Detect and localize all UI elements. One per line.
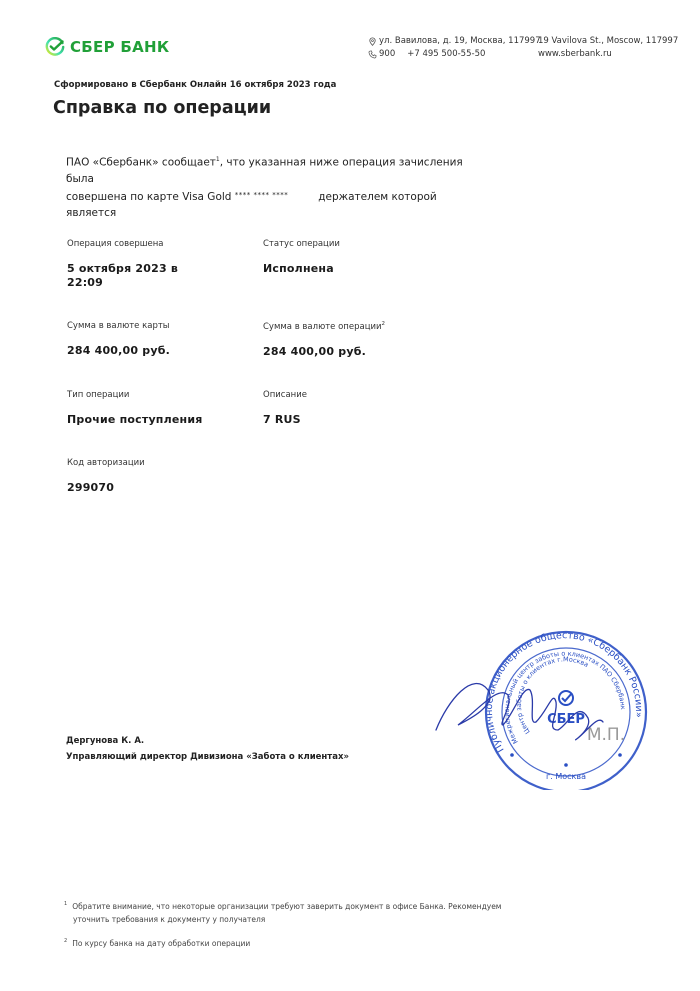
field-label: Сумма в валюте операции2 (263, 321, 385, 332)
field-operation-date: Операция совершена 5 октября 2023 в 22:0… (67, 239, 178, 290)
field-value: 5 октября 2023 в 22:09 (67, 262, 178, 290)
intro-part1: ПАО «Сбербанк» сообщает (66, 157, 216, 169)
website-link[interactable]: www.sberbank.ru (538, 48, 612, 61)
svg-text:г. Москва: г. Москва (546, 772, 586, 781)
footnote-1: 1Обратите внимание, что некоторые органи… (64, 898, 501, 926)
location-pin-icon (368, 37, 377, 46)
contacts-en: 19 Vavilova St., Moscow, 117997 www.sber… (538, 35, 678, 61)
field-op-amount: Сумма в валюте операции2 284 400,00 руб. (263, 321, 385, 359)
field-op-type: Тип операции Прочие поступления (67, 390, 203, 427)
footnote-2: 2По курсу банка на дату обработки операц… (64, 935, 250, 950)
signer-name: Дергунова К. А. (66, 733, 349, 749)
phone-short[interactable]: 900 (379, 48, 395, 61)
signer-block: Дергунова К. А. Управляющий директор Див… (66, 733, 349, 765)
logo-text: СБЕР БАНК (70, 38, 169, 56)
field-label: Тип операции (67, 390, 203, 400)
field-value: 299070 (67, 481, 145, 495)
field-value: 7 RUS (263, 413, 307, 427)
intro-part3: совершена по карте Visa Gold (66, 191, 231, 203)
field-label: Операция совершена (67, 239, 178, 249)
field-label: Код авторизации (67, 458, 145, 468)
intro-text: ПАО «Сбербанк» сообщает1, что указанная … (66, 152, 486, 221)
phone-icon (368, 50, 377, 59)
sber-check-icon (45, 37, 65, 57)
status-value: Исполнена (263, 262, 340, 276)
stamp-seal: Публичное акционерное общество «Сбербанк… (428, 630, 648, 790)
field-card-amount: Сумма в валюте карты 284 400,00 руб. (67, 321, 170, 358)
address-en: 19 Vavilova St., Moscow, 117997 (538, 35, 678, 48)
page-title: Справка по операции (53, 98, 271, 118)
field-value: 284 400,00 руб. (67, 344, 170, 358)
field-description: Описание 7 RUS (263, 390, 307, 427)
field-status: Статус операции Исполнена (263, 239, 340, 276)
field-auth-code: Код авторизации 299070 (67, 458, 145, 495)
field-label: Описание (263, 390, 307, 400)
generated-note: Сформировано в Сбербанк Онлайн 16 октябр… (54, 80, 336, 90)
card-mask: **** **** **** (235, 191, 288, 199)
svg-text:М.П.: М.П. (587, 725, 625, 745)
address-ru: ул. Вавилова, д. 19, Москва, 117997 (379, 35, 541, 48)
field-label: Статус операции (263, 239, 340, 249)
contacts-ru: ул. Вавилова, д. 19, Москва, 117997 900 … (368, 35, 541, 61)
phone-full[interactable]: +7 495 500-55-50 (407, 48, 485, 61)
field-label: Сумма в валюте карты (67, 321, 170, 331)
field-value: Прочие поступления (67, 413, 203, 427)
field-value: 284 400,00 руб. (263, 345, 385, 359)
sber-logo: СБЕР БАНК (45, 37, 169, 57)
signer-position: Управляющий директор Дивизиона «Забота о… (66, 749, 349, 765)
